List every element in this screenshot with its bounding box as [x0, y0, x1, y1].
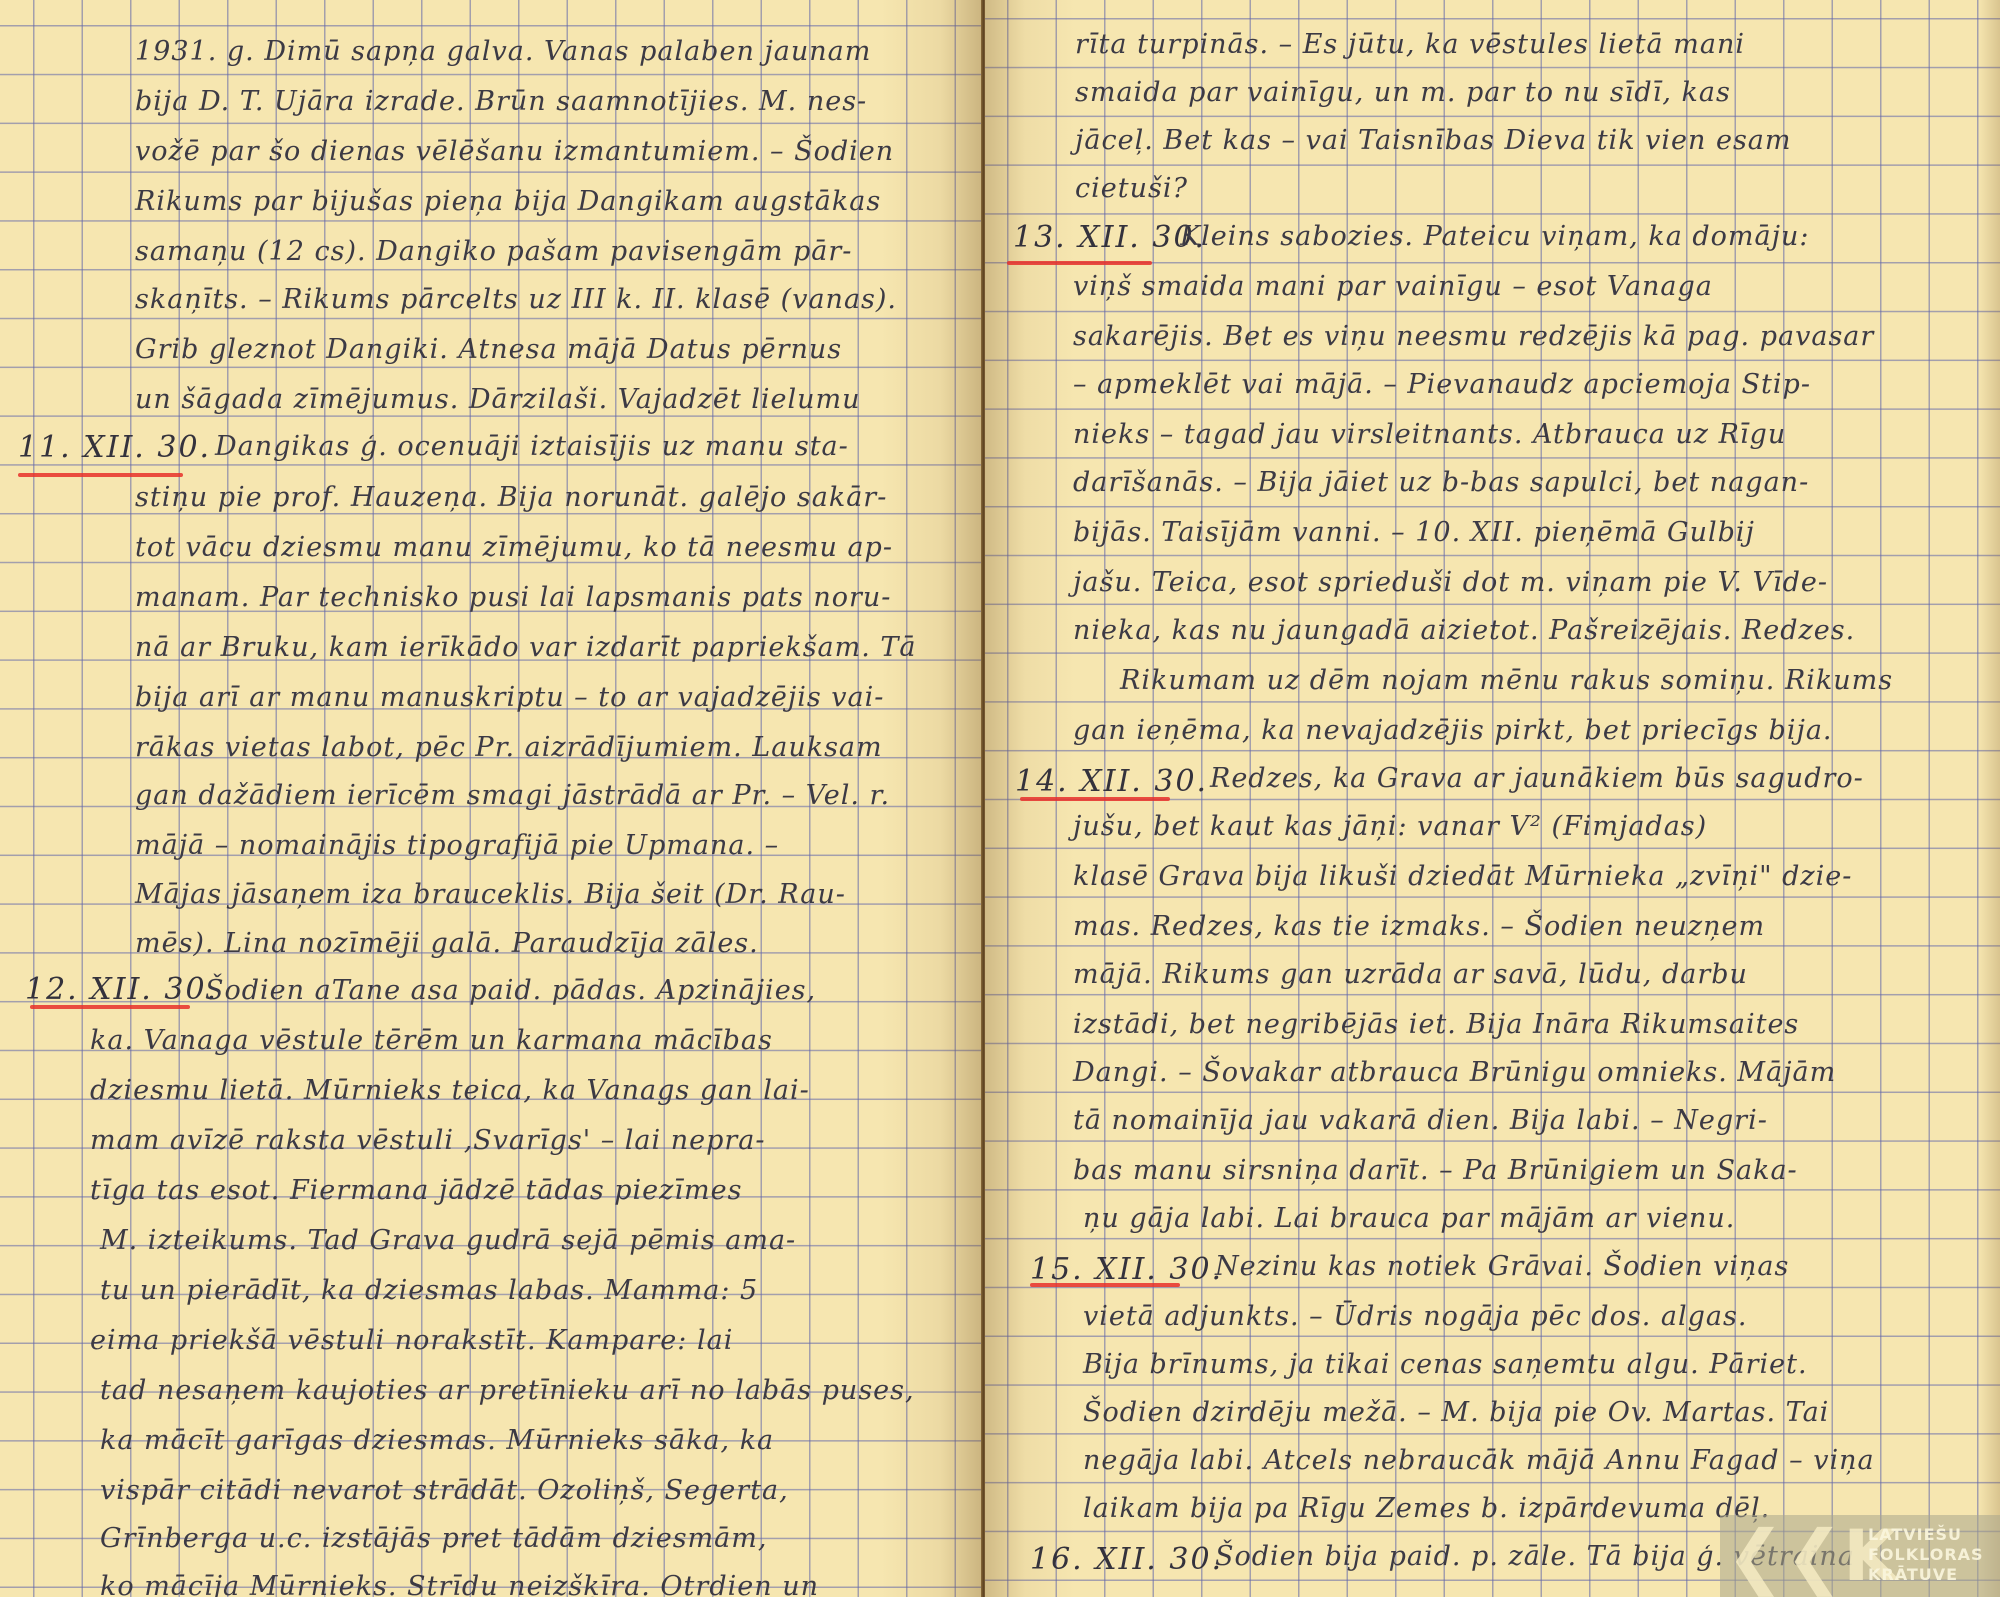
- text-line: Dangi. – Šovakar atbrauca Brūnigu omniek…: [1073, 1058, 1836, 1088]
- text-line: jušu, bet kaut kas jāņi: vanar V² (Fimja…: [1073, 812, 1707, 842]
- text-line: viņš smaida mani par vainīgu – esot Vana…: [1073, 272, 1713, 302]
- page-edge-shadow: [1978, 0, 2000, 1597]
- text-line: ko mācīja Mūrnieks. Strīdu neizšķīra. Ot…: [100, 1572, 819, 1597]
- text-line: M. izteikums. Tad Grava gudrā sejā pēmis…: [100, 1226, 796, 1256]
- date-underline: [1020, 797, 1170, 801]
- text-line: gan ieņēma, ka nevajadzējis pirkt, bet p…: [1073, 716, 1833, 746]
- text-line: klasē Grava bija likuši dziedāt Mūrnieka…: [1073, 862, 1852, 892]
- text-line: vispār citādi nevarot strādāt. Ozoliņš, …: [100, 1476, 789, 1506]
- text-line: mājā. Rikums gan uzrāda ar savā, lūdu, d…: [1073, 960, 1748, 990]
- text-line: mēs). Lina nozīmēji galā. Paraudzīja zāl…: [135, 929, 759, 959]
- text-line: nieks – tagad jau virsleitnants. Atbrauc…: [1073, 420, 1786, 450]
- archive-name-line2: FOLKLORAS: [1868, 1545, 1984, 1565]
- text-line: un šāgada zīmējumus. Dārzilaši. Vajadzēt…: [135, 385, 861, 415]
- text-line: ka mācīt garīgas dziesmas. Mūrnieks sāka…: [100, 1426, 774, 1456]
- text-line: samaņu (12 cs). Dangiko pašam pavisengām…: [135, 237, 852, 267]
- text-line: gan dažādiem ierīcēm smagi jāstrādā ar P…: [135, 781, 890, 811]
- text-line: izstādi, bet negribējās iet. Bija Ināra …: [1073, 1010, 1799, 1040]
- entry-date: 12. XII. 30.: [25, 972, 218, 1007]
- right-page: rīta turpinās. – Es jūtu, ka vēstules li…: [985, 0, 2000, 1597]
- text-line: Dangikas ģ. ocenuāji iztaisījis uz manu …: [215, 432, 849, 462]
- entry-date: 14. XII. 30.: [1015, 764, 1208, 799]
- text-line: tad nesaņem kaujoties ar pretīnieku arī …: [100, 1376, 915, 1406]
- text-line: bija D. T. Ujāra izrade. Brūn saamnotīji…: [135, 87, 867, 117]
- text-line: Šodien dzirdēju mežā. – M. bija pie Ov. …: [1083, 1398, 1829, 1428]
- text-line: Grib gleznot Dangiki. Atnesa mājā Datus …: [135, 335, 842, 365]
- text-line: – apmeklēt vai mājā. – Pievanaudz apciem…: [1073, 370, 1811, 400]
- entry-date: 11. XII. 30.: [18, 430, 211, 465]
- text-line: Grīnberga u.c. izstājās pret tādām dzies…: [100, 1524, 767, 1554]
- text-line: stiņu pie prof. Hauzeņa. Bija norunāt. g…: [135, 483, 887, 513]
- text-line: bijās. Taisījām vanni. – 10. XII. pieņēm…: [1073, 518, 1755, 548]
- archive-name: LATVIEŠU FOLKLORAS KRĀTUVE: [1868, 1525, 1984, 1585]
- text-line: smaida par vainīgu, un m. par to nu sīdī…: [1075, 78, 1731, 108]
- text-line: vožē par šo dienas vēlēšanu izmantumiem.…: [135, 137, 894, 167]
- text-line: ka. Vanaga vēstule tērēm un karmana mācī…: [90, 1026, 773, 1056]
- text-line: Redzes, ka Grava ar jaunākiem būs sagudr…: [1210, 764, 1864, 794]
- entry-date: 15. XII. 30.: [1030, 1252, 1223, 1287]
- archive-name-line3: KRĀTUVE: [1868, 1565, 1984, 1585]
- text-line: sakarējis. Bet es viņu neesmu redzējis k…: [1073, 322, 1874, 352]
- text-line: mam avīzē raksta vēstuli ‚Svarīgs' – lai…: [90, 1126, 766, 1156]
- archive-name-line1: LATVIEŠU: [1868, 1525, 1984, 1545]
- date-underline: [18, 473, 183, 477]
- text-line: skaņīts. – Rikums pārcelts uz III k. II.…: [135, 285, 897, 315]
- entry-date: 13. XII. 30.: [1013, 220, 1206, 255]
- entry-date: 16. XII. 30.: [1030, 1542, 1223, 1577]
- text-line: bas manu sirsniņa darīt. – Pa Brūnigiem …: [1073, 1156, 1798, 1186]
- text-line: Kleins sabozies. Pateicu viņam, ka domāj…: [1180, 222, 1810, 252]
- text-line: Nezinu kas notiek Grāvai. Šodien viņas: [1215, 1252, 1789, 1282]
- text-line: tīga tas esot. Fiermana jādzē tādas piez…: [90, 1176, 742, 1206]
- left-page: 1931. g. Dimū sapņa galva. Vanas palaben…: [0, 0, 983, 1597]
- text-line: bija arī ar manu manuskriptu – to ar vaj…: [135, 683, 884, 713]
- text-line: Šodien aTane asa paid. pādas. Apzinājies…: [205, 976, 816, 1006]
- text-line: manam. Par technisko pusi lai lapsmanis …: [135, 583, 891, 613]
- text-line: darīšanās. – Bija jāiet uz b-bas sapulci…: [1073, 468, 1809, 498]
- date-underline: [1007, 261, 1152, 265]
- text-line: 1931. g. Dimū sapņa galva. Vanas palaben…: [135, 37, 871, 67]
- text-line: rākas vietas labot, pēc Pr. aizrādījumie…: [135, 733, 883, 763]
- text-line: jašu. Teica, esot sprieduši dot m. viņam…: [1073, 568, 1828, 598]
- text-line: mas. Redzes, kas tie izmaks. – Šodien ne…: [1073, 912, 1765, 942]
- text-line: nieka, kas nu jaungadā aizietot. Pašreiz…: [1073, 616, 1855, 646]
- text-line: Rikums par bijušas pieņa bija Dangikam a…: [135, 187, 881, 217]
- archive-watermark-logo: ❮❮K LATVIEŠU FOLKLORAS KRĀTUVE: [1720, 1515, 2000, 1597]
- text-line: ņu gāja labi. Lai brauca par mājām ar vi…: [1083, 1204, 1735, 1234]
- date-underline: [1030, 1283, 1180, 1287]
- text-line: vietā adjunkts. – Ūdris nogāja pēc dos. …: [1083, 1302, 1747, 1332]
- text-line: laikam bija pa Rīgu Zemes b. izpārdevuma…: [1083, 1494, 1770, 1524]
- text-line: eima priekšā vēstuli norakstīt. Kampare:…: [90, 1326, 733, 1356]
- text-line: Bija brīnums, ja tikai cenas saņemtu alg…: [1083, 1350, 1808, 1380]
- text-line: tot vācu dziesmu manu zīmējumu, ko tā ne…: [135, 533, 893, 563]
- date-underline: [30, 1005, 190, 1009]
- text-line: dziesmu lietā. Mūrnieks teica, ka Vanags…: [90, 1076, 810, 1106]
- text-line: tā nomainīja jau vakarā dien. Bija labi.…: [1073, 1106, 1768, 1136]
- text-line: tu un pierādīt, ka dziesmas labas. Mamma…: [100, 1276, 758, 1306]
- text-line: Rikumam uz dēm nojam mēnu rakus somiņu. …: [1120, 666, 1893, 696]
- text-line: negāja labi. Atcels nebraucāk mājā Annu …: [1083, 1446, 1875, 1476]
- text-line: mājā – nomainājis tipografijā pie Upmana…: [135, 831, 779, 861]
- text-line: cietuši?: [1075, 174, 1188, 204]
- text-line: Mājas jāsaņem iza brauceklis. Bija šeit …: [135, 880, 846, 910]
- text-line: rīta turpinās. – Es jūtu, ka vēstules li…: [1075, 30, 1745, 60]
- text-line: nā ar Bruku, kam ierīkādo var izdarīt pa…: [135, 633, 917, 663]
- text-line: jāceļ. Bet kas – vai Taisnības Dieva tik…: [1075, 126, 1792, 156]
